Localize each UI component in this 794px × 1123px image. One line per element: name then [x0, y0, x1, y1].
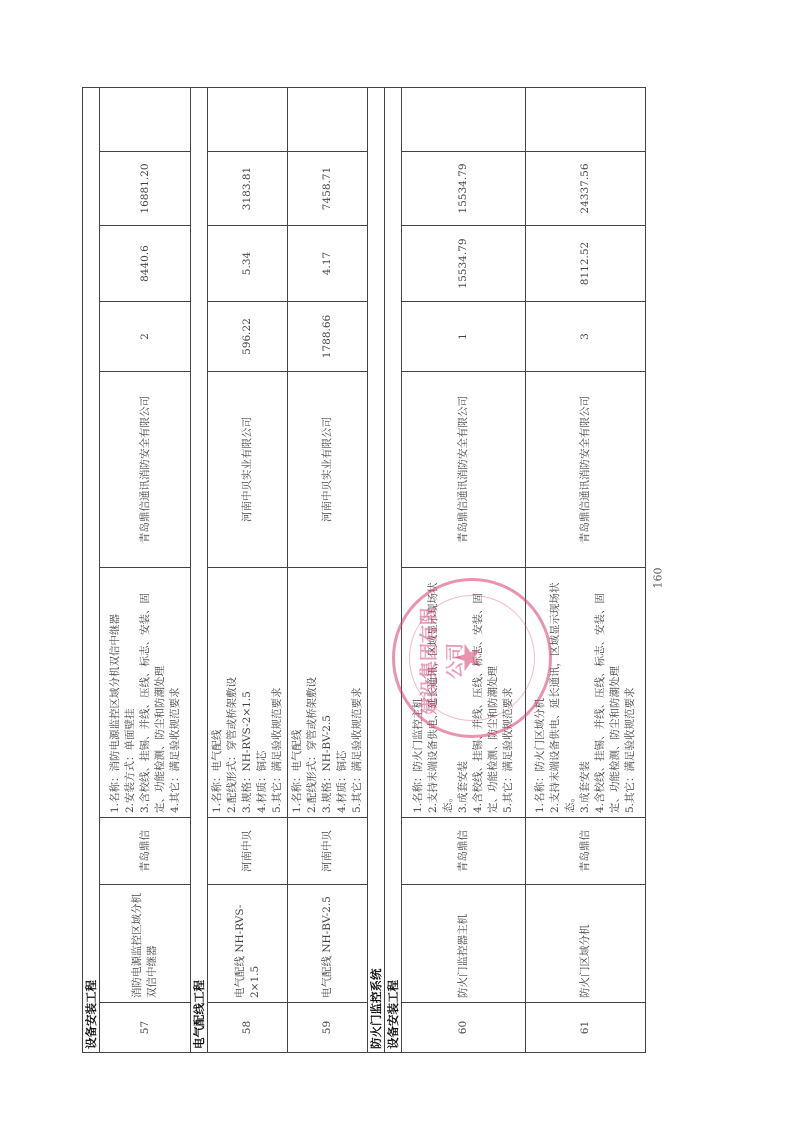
section-title: 设备安装工程 — [83, 87, 100, 1052]
item-remark — [208, 87, 288, 151]
spec-line: 1.名称：电气配线 — [210, 572, 225, 813]
item-supplier: 青岛鼎信通讯消防安全有限公司 — [402, 372, 526, 568]
spec-line: 2.安装方式：单面壁挂 — [123, 572, 138, 813]
item-unit-price: 4.17 — [288, 226, 368, 302]
item-number: 61 — [526, 1003, 646, 1053]
section-title: 防火门监控系统 — [368, 87, 385, 1052]
rotated-page: 设备安装工程 57 消防电源监控区域分机双信中继器 青岛鼎信 1.名称：消防电源… — [82, 88, 634, 1053]
item-quantity: 1 — [402, 302, 526, 372]
item-number: 60 — [402, 1003, 526, 1053]
item-quantity: 596.22 — [208, 302, 288, 372]
item-total: 16881.20 — [100, 152, 191, 226]
spec-line: 3.规格：NH-RVS-2×1.5 — [240, 572, 255, 813]
item-total: 7458.71 — [288, 152, 368, 226]
section-header-row: 设备安装工程 — [83, 87, 100, 1052]
spec-line: 1.名称：防火门区域分机 — [533, 572, 548, 813]
item-brand: 河南中贝 — [288, 818, 368, 885]
spec-line: 4.材质：铜芯 — [335, 572, 350, 813]
spec-line: 2.配线形式：穿管或桥架敷设 — [305, 572, 320, 813]
section-header-row: 电气配线工程 — [191, 87, 208, 1052]
spec-line: 1.名称：电气配线 — [290, 572, 305, 813]
item-unit-price: 8112.52 — [526, 226, 646, 302]
spec-line: 5.其它：满足验收规范要求 — [270, 572, 285, 813]
item-supplier: 青岛鼎信通讯消防安全有限公司 — [526, 372, 646, 568]
item-total: 3183.81 — [208, 152, 288, 226]
item-spec: 1.名称：消防电源监控区域分机双信中继器2.安装方式：单面壁挂3.含校线、挂锡、… — [100, 568, 191, 818]
item-name: 电气配线 NH-BV-2.5 — [288, 885, 368, 1003]
item-name: 电气配线 NH-RVS-2×1.5 — [208, 885, 288, 1003]
item-supplier: 青岛鼎信通讯消防安全有限公司 — [100, 372, 191, 568]
item-name: 防火门区域分机 — [526, 885, 646, 1003]
item-remark — [100, 87, 191, 151]
page-number-text: 160 — [652, 569, 665, 589]
item-brand: 青岛鼎信 — [402, 818, 526, 885]
spec-line: 4.材质：铜芯 — [255, 572, 270, 813]
table-row: 59 电气配线 NH-BV-2.5 河南中贝 1.名称：电气配线2.配线形式：穿… — [288, 87, 368, 1052]
item-total: 24337.56 — [526, 152, 646, 226]
item-name: 消防电源监控区域分机双信中继器 — [100, 885, 191, 1003]
item-unit-price: 5.34 — [208, 226, 288, 302]
item-remark — [526, 87, 646, 151]
spec-line: 5.其它：满足验收规范要求 — [350, 572, 365, 813]
spec-line: 4.含校线、挂锡、并线、压线、标志、安装、固定、功能检测、防尘和防潮处理 — [471, 572, 501, 813]
section-title: 设备安装工程 — [385, 87, 402, 1052]
item-brand: 青岛鼎信 — [100, 818, 191, 885]
item-brand: 河南中贝 — [208, 818, 288, 885]
item-supplier: 河南中贝实业有限公司 — [208, 372, 288, 568]
spec-line: 3.规格：NH-BV-2.5 — [320, 572, 335, 813]
item-remark — [288, 87, 368, 151]
item-quantity: 1788.66 — [288, 302, 368, 372]
table-row: 58 电气配线 NH-RVS-2×1.5 河南中贝 1.名称：电气配线2.配线形… — [208, 87, 288, 1052]
item-remark — [402, 87, 526, 151]
item-name: 防火门监控器主机 — [402, 885, 526, 1003]
item-supplier: 河南中贝实业有限公司 — [288, 372, 368, 568]
spec-line: 3.成套安装 — [456, 572, 471, 813]
item-unit-price: 8440.6 — [100, 226, 191, 302]
item-quantity: 3 — [526, 302, 646, 372]
item-spec: 1.名称：电气配线2.配线形式：穿管或桥架敷设3.规格：NH-RVS-2×1.5… — [208, 568, 288, 818]
spec-line: 3.含校线、挂锡、并线、压线、标志、安装、固定、功能检测、防尘和防潮处理 — [138, 572, 168, 813]
spec-line: 1.名称：防火门监控主机 — [411, 572, 426, 813]
section-header-row: 设备安装工程 — [385, 87, 402, 1052]
table-row: 57 消防电源监控区域分机双信中继器 青岛鼎信 1.名称：消防电源监控区域分机双… — [100, 87, 191, 1052]
spec-line: 5.其它：满足验收规范要求 — [501, 572, 516, 813]
item-unit-price: 15534.79 — [402, 226, 526, 302]
spec-line: 4.含校线、挂锡、并线、压线、标志、安装、固定、功能检测、防尘和防潮处理 — [593, 572, 623, 813]
section-header-row: 防火门监控系统 — [368, 87, 385, 1052]
item-spec: 1.名称：防火门区域分机2.支持末端设备供电、延长通讯，区域显示现场状态。3.成… — [526, 568, 646, 818]
item-quantity: 2 — [100, 302, 191, 372]
item-number: 59 — [288, 1003, 368, 1053]
spec-line: 2.配线形式：穿管或桥架敷设 — [225, 572, 240, 813]
spec-line: 2.支持末端设备供电、延长通讯，区域显示现场状态。 — [426, 572, 456, 813]
table-row: 61 防火门区域分机 青岛鼎信 1.名称：防火门区域分机2.支持末端设备供电、延… — [526, 87, 646, 1052]
spec-line: 5.其它：满足验收规范要求 — [623, 572, 638, 813]
page-number: 160 — [648, 560, 668, 600]
section-title: 电气配线工程 — [191, 87, 208, 1052]
item-total: 15534.79 — [402, 152, 526, 226]
item-spec: 1.名称：防火门监控主机2.支持末端设备供电、延长通讯，区域显示现场状态。3.成… — [402, 568, 526, 818]
bill-of-quantities-table: 设备安装工程 57 消防电源监控区域分机双信中继器 青岛鼎信 1.名称：消防电源… — [82, 87, 646, 1053]
spec-line: 4.其它：满足验收规范要求 — [168, 572, 183, 813]
item-number: 57 — [100, 1003, 191, 1053]
item-spec: 1.名称：电气配线2.配线形式：穿管或桥架敷设3.规格：NH-BV-2.54.材… — [288, 568, 368, 818]
item-brand: 青岛鼎信 — [526, 818, 646, 885]
spec-line: 1.名称：消防电源监控区域分机双信中继器 — [108, 572, 123, 813]
spec-line: 3.成套安装 — [578, 572, 593, 813]
spec-line: 2.支持末端设备供电、延长通讯，区域显示现场状态。 — [548, 572, 578, 813]
table-row: 60 防火门监控器主机 青岛鼎信 1.名称：防火门监控主机2.支持末端设备供电、… — [402, 87, 526, 1052]
item-number: 58 — [208, 1003, 288, 1053]
